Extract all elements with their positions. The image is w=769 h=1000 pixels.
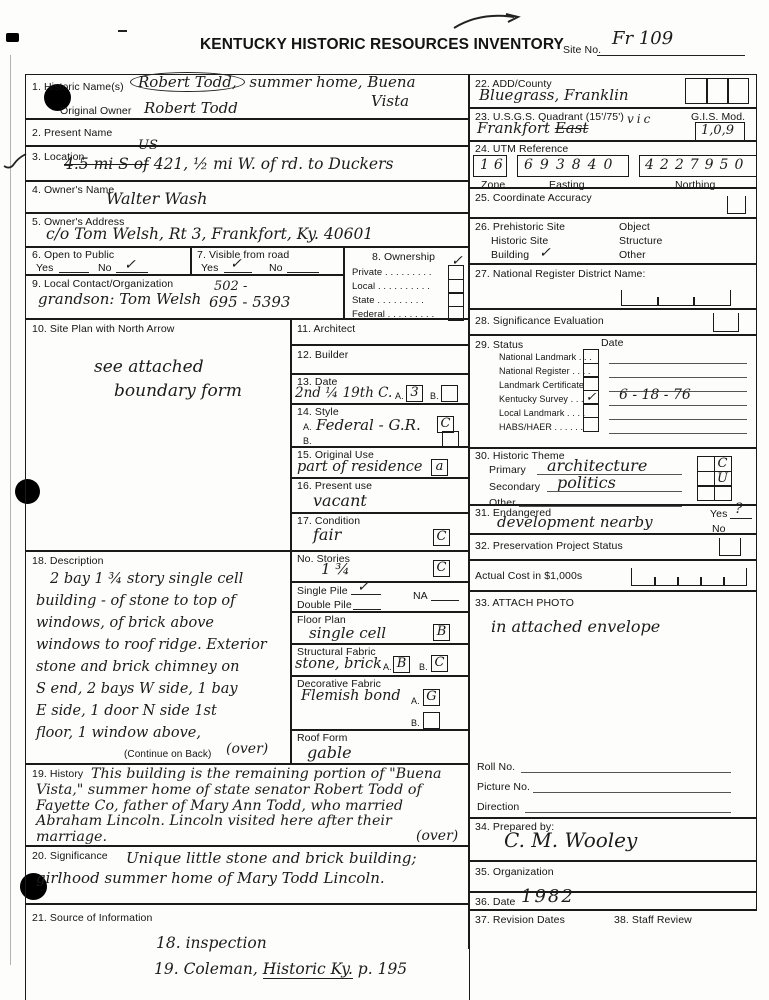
status-row-label: Landmark Certificate [499,380,584,390]
blank-line [59,272,89,273]
prehistoric-site-label: 26. Prehistoric Site [475,221,565,233]
utm-zone-value: 16 [480,157,508,173]
handwritten-line: floor, 1 window above, [36,725,201,741]
cell-tick [723,577,725,585]
handwritten-value: gable [307,743,352,762]
scanned-form-page: KENTUCKY HISTORIC RESOURCES INVENTORY Si… [0,0,769,1000]
handwritten-value: 2nd ¼ 19th C. [295,385,392,401]
field-owners-name: 4. Owner's Name Walter Wash [25,180,470,214]
code-box: G [423,689,440,706]
handwritten-value: stone, brick [295,656,382,672]
code-box: C [433,560,450,577]
site-no-line [597,55,745,56]
handwritten-value: in attached envelope [491,617,660,636]
handwritten-line: E side, 1 door N side 1st [36,703,217,719]
date-line [609,433,747,434]
handwritten-line: S end, 2 bays W side, 1 bay [36,681,238,697]
field-label: 18. Description [32,555,104,567]
underlined-text: Historic Ky. [263,960,353,979]
a-label: A. [395,391,404,401]
scan-mark [6,33,19,42]
field-label: 10. Site Plan with North Arrow [32,323,174,335]
a-label: A. [383,662,392,672]
field-label: Original Owner [60,105,131,117]
field-label: 8. Ownership [372,251,435,263]
field-site-plan: 10. Site Plan with North Arrow see attac… [25,318,292,552]
blank-line [431,600,459,601]
theme-code: U [717,471,728,486]
field-label: 21. Source of Information [32,912,152,924]
secondary-label: Secondary [489,481,540,493]
field-location: 3. Location US 4.5 mi S of 421, ½ mi W. … [25,145,470,182]
picture-no-label: Picture No. [477,781,530,793]
entry-cells [621,290,731,306]
check-mark: ✓ [451,253,463,269]
field-add-county: 22. ADD/County Bluegrass, Franklin [468,74,757,109]
field-preservation-status: 32. Preservation Project Status [468,533,757,561]
handwritten-value: see attached [94,357,204,377]
blank-line [533,792,731,793]
field-label: 2. Present Name [32,127,112,139]
utm-easting-box: 693840 [517,155,629,177]
blank-line [353,609,381,610]
checkbox [583,417,599,432]
struck-text: East [555,119,589,137]
handwritten-value: 4.5 mi S of 421, ½ mi W. of rd. to Ducke… [64,155,393,173]
handwritten-value: Robert Todd, summer home, Buena [130,73,416,91]
handwritten-text: 421, ½ mi W. of rd. to Duckers [149,155,394,173]
roll-no-label: Roll No. [477,761,515,773]
status-row-label: National Register . . . . [499,366,591,376]
field-original-use: 15. Original Use part of residence a [290,446,470,479]
field-utm: 24. UTM Reference 16 693840 4227950 Zone… [468,140,757,189]
entry-box [727,196,746,214]
field-description: 18. Description 2 bay 1 ¾ story single c… [25,550,292,765]
field-present-name: 2. Present Name [25,118,470,147]
entry-cells [631,568,747,586]
field-label: 32. Preservation Project Status [475,540,623,552]
field-organization: 35. Organization [468,860,757,893]
handwritten-value: development nearby [497,513,653,531]
field-label: 6. Open to Public [32,249,114,261]
field-label: 11. Architect [297,323,355,335]
field-builder: 12. Builder [290,344,470,375]
yes-answer: ? [735,501,743,517]
handwritten-value: Federal - G.R. [316,416,421,434]
field-label: 9. Local Contact/Organization [32,278,173,290]
handwritten-value: Robert Todd [144,99,238,117]
handwritten-value: Frankfort East [477,119,588,137]
field-label: 1. Historic Name(s) [32,81,124,93]
page-edge-line [10,55,11,965]
cell-tick [700,577,702,585]
field-form-date: 36. Date 1982 [468,891,757,911]
handwritten-value: part of residence [297,459,423,475]
date-line [609,419,747,420]
field-pile: Single Pile ✓ NA Double Pile [290,581,470,613]
site-no-label: Site No. [563,44,601,56]
date-line [609,377,747,378]
code-box: a [431,459,448,476]
field-usgs-quadrant: 23. U.S.G.S. Quadrant (15'/75') G.I.S. M… [468,107,757,142]
field-label: Actual Cost in $1,000s [475,570,582,582]
structure-label: Structure [619,235,663,247]
field-source: 21. Source of Information 18. inspection… [25,903,470,1000]
blank-line [521,772,731,773]
handwritten-text: 19. Coleman, [154,960,263,978]
field-coordinate-accuracy: 25. Coordinate Accuracy [468,187,757,219]
handwritten-annotation: vic [627,112,653,126]
field-local-contact: 9. Local Contact/Organization grandson: … [25,274,345,320]
blank-line [287,272,319,273]
date-line [609,405,747,406]
cell-tick [657,297,659,305]
blank-line [730,518,752,519]
handwritten-value: boundary form [114,381,242,401]
check-mark: ✓ [357,579,369,595]
field-label: 36. Date [475,896,516,908]
status-row-label: Local Landmark . . . . [499,408,585,418]
field-owners-address: 5. Owner's Address c/o Tom Welsh, Rt 3, … [25,212,470,248]
handwritten-value: c/o Tom Welsh, Rt 3, Frankfort, Ky. 4060… [46,225,373,243]
handwritten-line: windows, of brick above [36,615,214,631]
field-structural-fabric: Structural Fabric stone, brick A. B B. C [290,643,470,677]
cell-divider [727,79,729,103]
field-style: 14. Style A. Federal - G.R. C B. [290,403,470,448]
yes-label: Yes [710,508,727,520]
field-history: 19. History This building is the remaini… [25,763,470,847]
b-label: B. [419,662,428,672]
handwritten-value: 1982 [521,886,575,907]
option-label: Local . . . . . . . . . . [352,281,430,292]
field-present-use: 16. Present use vacant [290,477,470,514]
gis-mod-box: 1,0,9 [695,122,745,141]
handwritten-line: stone and brick chimney on [36,659,239,675]
pen-mark [118,30,127,32]
survey-date-value: 6 - 18 - 76 [619,387,691,403]
field-label: 4. Owner's Name [32,184,114,196]
handwritten-annotation: US [138,138,158,153]
code-box: C [431,655,448,672]
utm-zone-box: 16 [473,155,507,177]
option-label: Private . . . . . . . . . [352,267,432,278]
field-historic-name: 1. Historic Name(s) Robert Todd, summer … [25,74,470,120]
check-mark: ✓ [230,256,242,272]
field-label: 28. Significance Evaluation [475,315,604,327]
no-label: No [269,262,283,274]
handwritten-phone: 695 - 5393 [209,293,290,311]
handwritten-line: building - of stone to top of [36,593,236,609]
cell-divider [706,79,708,103]
continue-on-back-label: (Continue on Back) [124,749,211,760]
blank-line [224,272,252,273]
handwritten-phone-area: 502 - [214,279,247,294]
a-label: A. [411,696,420,706]
field-visible-from-road: 7. Visible from road Yes ✓ No [190,246,345,276]
cell-tick [677,577,679,585]
code-box: 3 [406,385,423,402]
status-row-label: HABS/HAER . . . . . . [499,422,583,432]
handwritten-value: vacant [313,491,367,510]
field-floor-plan: Floor Plan single cell B [290,611,470,645]
field-label: 29. Status [475,339,523,351]
double-pile-label: Double Pile [297,599,352,611]
gis-mod-value: 1,0,9 [701,123,734,138]
handwritten-line: windows to roof ridge. Exterior [36,637,267,653]
secondary-value: politics [557,473,616,492]
code-cells [685,78,749,104]
entry-box [719,538,741,556]
handwritten-value: fair [313,525,341,544]
field-actual-cost: Actual Cost in $1,000s [468,559,757,592]
b-label: B. [303,436,312,446]
field-revision-staff: 37. Revision Dates 38. Staff Review [468,909,757,949]
check-mark: ✓ [539,245,551,261]
handwritten-value: Walter Wash [106,189,207,208]
signature: C. M. Wooley [504,828,637,852]
handwritten-line: 18. inspection [156,934,267,952]
handwritten-line: 2 bay 1 ¾ story single cell [50,571,243,587]
handwritten-value: grandson: Tom Welsh [38,290,201,308]
handwritten-line: 19. Coleman, Historic Ky. p. 195 [154,960,407,978]
field-endangered: 31. Endangered development nearby Yes ? … [468,504,757,535]
yes-label: Yes [36,262,53,274]
handwritten-paragraph: This building is the remaining portion o… [36,767,464,846]
field-significance: 20. Significance Unique little stone and… [25,845,470,905]
field-prepared-by: 34. Prepared by: C. M. Wooley [468,817,757,862]
field-label: 7. Visible from road [197,249,289,261]
theme-grid-cell [697,485,715,501]
handwritten-text: Frankfort [477,119,555,137]
b-label: B. [411,718,420,728]
over-note: (over) [226,741,268,757]
code-box: B [393,656,410,673]
field-decorative-fabric: Decorative Fabric Flemish bond A. G B. [290,675,470,731]
status-row-label: National Landmark . . . [499,352,592,362]
field-label: 12. Builder [297,349,348,361]
entry-box [713,313,739,332]
field-label: 33. ATTACH PHOTO [475,597,574,609]
page-title: KENTUCKY HISTORIC RESOURCES INVENTORY [200,36,530,54]
b-label: B. [430,391,439,401]
field-label: 25. Coordinate Accuracy [475,192,592,204]
yes-label: Yes [201,262,218,274]
code-box [441,385,458,402]
field-label: 27. National Register District Name: [475,268,646,280]
building-label: Building [491,249,529,261]
struck-text: 4.5 mi S of [64,155,149,173]
date-line [609,363,747,364]
primary-label: Primary [489,464,526,476]
field-historic-theme: 30. Historic Theme Primary architecture … [468,447,757,506]
field-date: 13. Date 2nd ¼ 19th C. A. 3 B. [290,373,470,405]
field-stories: No. Stories 1 ¾ C [290,550,470,583]
field-condition: 17. Condition fair C [290,512,470,552]
field-ownership: 8. Ownership Private . . . . . . . . . L… [343,246,470,320]
handwritten-text: summer home, Buena [245,73,416,91]
field-roof-form: Roof Form gable [290,729,470,765]
blank-line [547,491,682,492]
theme-grid-cell [714,485,732,501]
code-box [423,712,440,729]
staff-review-label: 38. Staff Review [614,914,692,926]
revision-dates-label: 37. Revision Dates [475,914,565,926]
no-label: No [98,262,112,274]
blank-line [525,812,731,813]
handwritten-paragraph: Unique little stone and brick building; … [36,848,464,888]
code-box: B [433,624,450,641]
field-open-to-public: 6. Open to Public Yes No ✓ [25,246,192,276]
a-label: A. [303,422,312,432]
field-attach-photo: 33. ATTACH PHOTO in attached envelope Ro… [468,590,757,819]
field-label: 24. UTM Reference [475,143,568,155]
handwritten-value: Bluegrass, Franklin [479,86,629,104]
theme-code: C [718,456,728,471]
pen-mark-icon [452,10,522,32]
na-label: NA [413,590,428,602]
handwritten-text: p. 195 [353,960,407,978]
site-no-value: Fr 109 [612,28,673,49]
circled-text: Robert Todd, [130,72,245,92]
utm-northing-value: 4227950 [645,157,749,173]
object-label: Object [619,221,650,233]
other-label: Other [619,249,646,261]
status-row-label: Kentucky Survey . . . [499,394,584,404]
handwritten-value: Flemish bond [301,688,401,704]
field-architect: 11. Architect [290,318,470,346]
cell-tick [654,577,656,585]
over-note: (over) [416,828,458,844]
field-label: 35. Organization [475,866,554,878]
handwritten-value: single cell [309,624,386,642]
check-mark: ✓ [124,257,136,273]
handwritten-value: Vista [371,92,409,110]
field-status: 29. Status Date National Landmark . . . … [468,334,757,449]
utm-northing-box: 4227950 [639,155,757,177]
handwritten-value: 1 ¾ [321,560,350,578]
utm-easting-value: 693840 [524,157,619,173]
single-pile-label: Single Pile [297,585,348,597]
code-box: C [433,529,450,546]
field-nr-district: 27. National Register District Name: [468,263,757,310]
field-significance-evaluation: 28. Significance Evaluation [468,308,757,336]
option-label: State . . . . . . . . . [352,295,424,306]
field-site-type: 26. Prehistoric Site Object Historic Sit… [468,217,757,265]
direction-label: Direction [477,801,519,813]
cell-tick [693,297,695,305]
date-column-label: Date [601,337,624,349]
